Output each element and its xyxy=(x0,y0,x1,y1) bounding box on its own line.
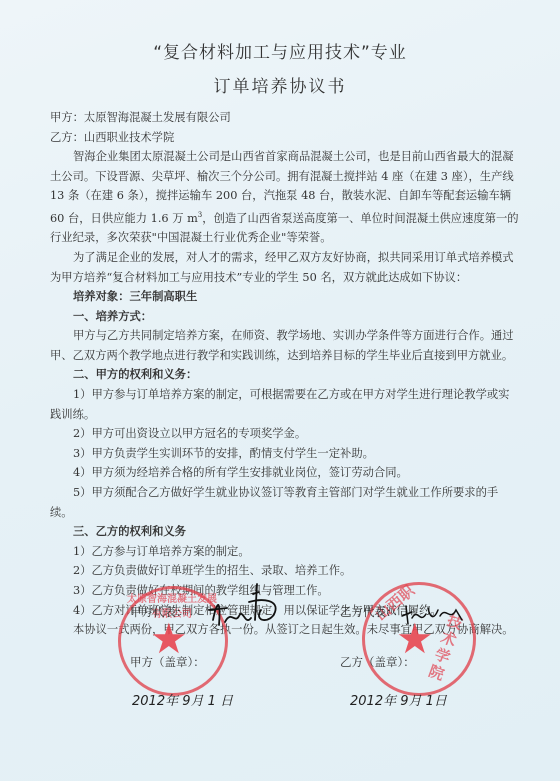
training-target: 培养对象：三年制高职生 xyxy=(50,287,520,307)
section3-heading: 三、乙方的权利和义务 xyxy=(50,522,520,542)
section2-item: 1）甲方参与订单培养方案的制定，可根据需要在乙方或在甲方对学生进行理论教学或实践… xyxy=(50,385,520,424)
party-b-line: 乙方：山西职业技术学院 xyxy=(50,128,520,148)
party-a-signature xyxy=(205,580,285,635)
agreement-document: “复合材料加工与应用技术”专业 订单培养协议书 甲方：太原智海混凝土发展有限公司… xyxy=(0,0,560,781)
party-a-seal-label: 甲方（盖章）： xyxy=(130,654,205,670)
section1-text: 甲方与乙方共同制定培养方案，在师资、教学场地、实训办学条件等方面进行合作。通过甲… xyxy=(50,326,520,365)
section2-item: 2）甲方可出资设立以甲方冠名的专项奖学金。 xyxy=(50,424,520,444)
section3-item: 1）乙方参与订单培养方案的制定。 xyxy=(50,542,520,562)
party-a-date: 2012年 9月 1 日 xyxy=(132,690,233,709)
purpose-paragraph: 为了满足企业的发展，对人才的需求，经甲乙双方友好协商，拟共同采用订单式培养模式为… xyxy=(50,248,520,287)
section2-heading: 二、甲方的权利和义务： xyxy=(50,365,520,385)
party-b-signature xyxy=(398,598,468,628)
section2-item: 5）甲方须配合乙方做好学生就业协议签订等教育主管部门对学生就业工作所要求的手续。 xyxy=(50,483,520,522)
document-title: “复合材料加工与应用技术”专业 xyxy=(0,38,560,63)
party-b-seal-label: 乙方（盖章）： xyxy=(340,654,415,670)
party-a-line: 甲方：太原智海混凝土发展有限公司 xyxy=(50,108,520,128)
section1-heading: 一、培养方式： xyxy=(50,307,520,327)
party-a-rep-label: 甲方代表： xyxy=(130,604,188,620)
section2-item: 3）甲方负责学生实训环节的安排，酌情支付学生一定补助。 xyxy=(50,444,520,464)
document-body: 甲方：太原智海混凝土发展有限公司 乙方：山西职业技术学院 智海企业集团太原混凝土… xyxy=(50,108,520,640)
section2-item: 4）甲方须为经培养合格的所有学生安排就业岗位，签订劳动合同。 xyxy=(50,463,520,483)
party-b-rep-label: 乙方代表： xyxy=(340,604,398,620)
section3-item: 2）乙方负责做好订单班学生的招生、录取、培养工作。 xyxy=(50,561,520,581)
party-b-date: 2012年 9月 1日 xyxy=(350,690,447,709)
document-subtitle: 订单培养协议书 xyxy=(0,72,560,97)
intro-paragraph: 智海企业集团太原混凝土公司是山西省首家商品混凝土公司，也是目前山西省最大的混凝土… xyxy=(50,147,520,248)
